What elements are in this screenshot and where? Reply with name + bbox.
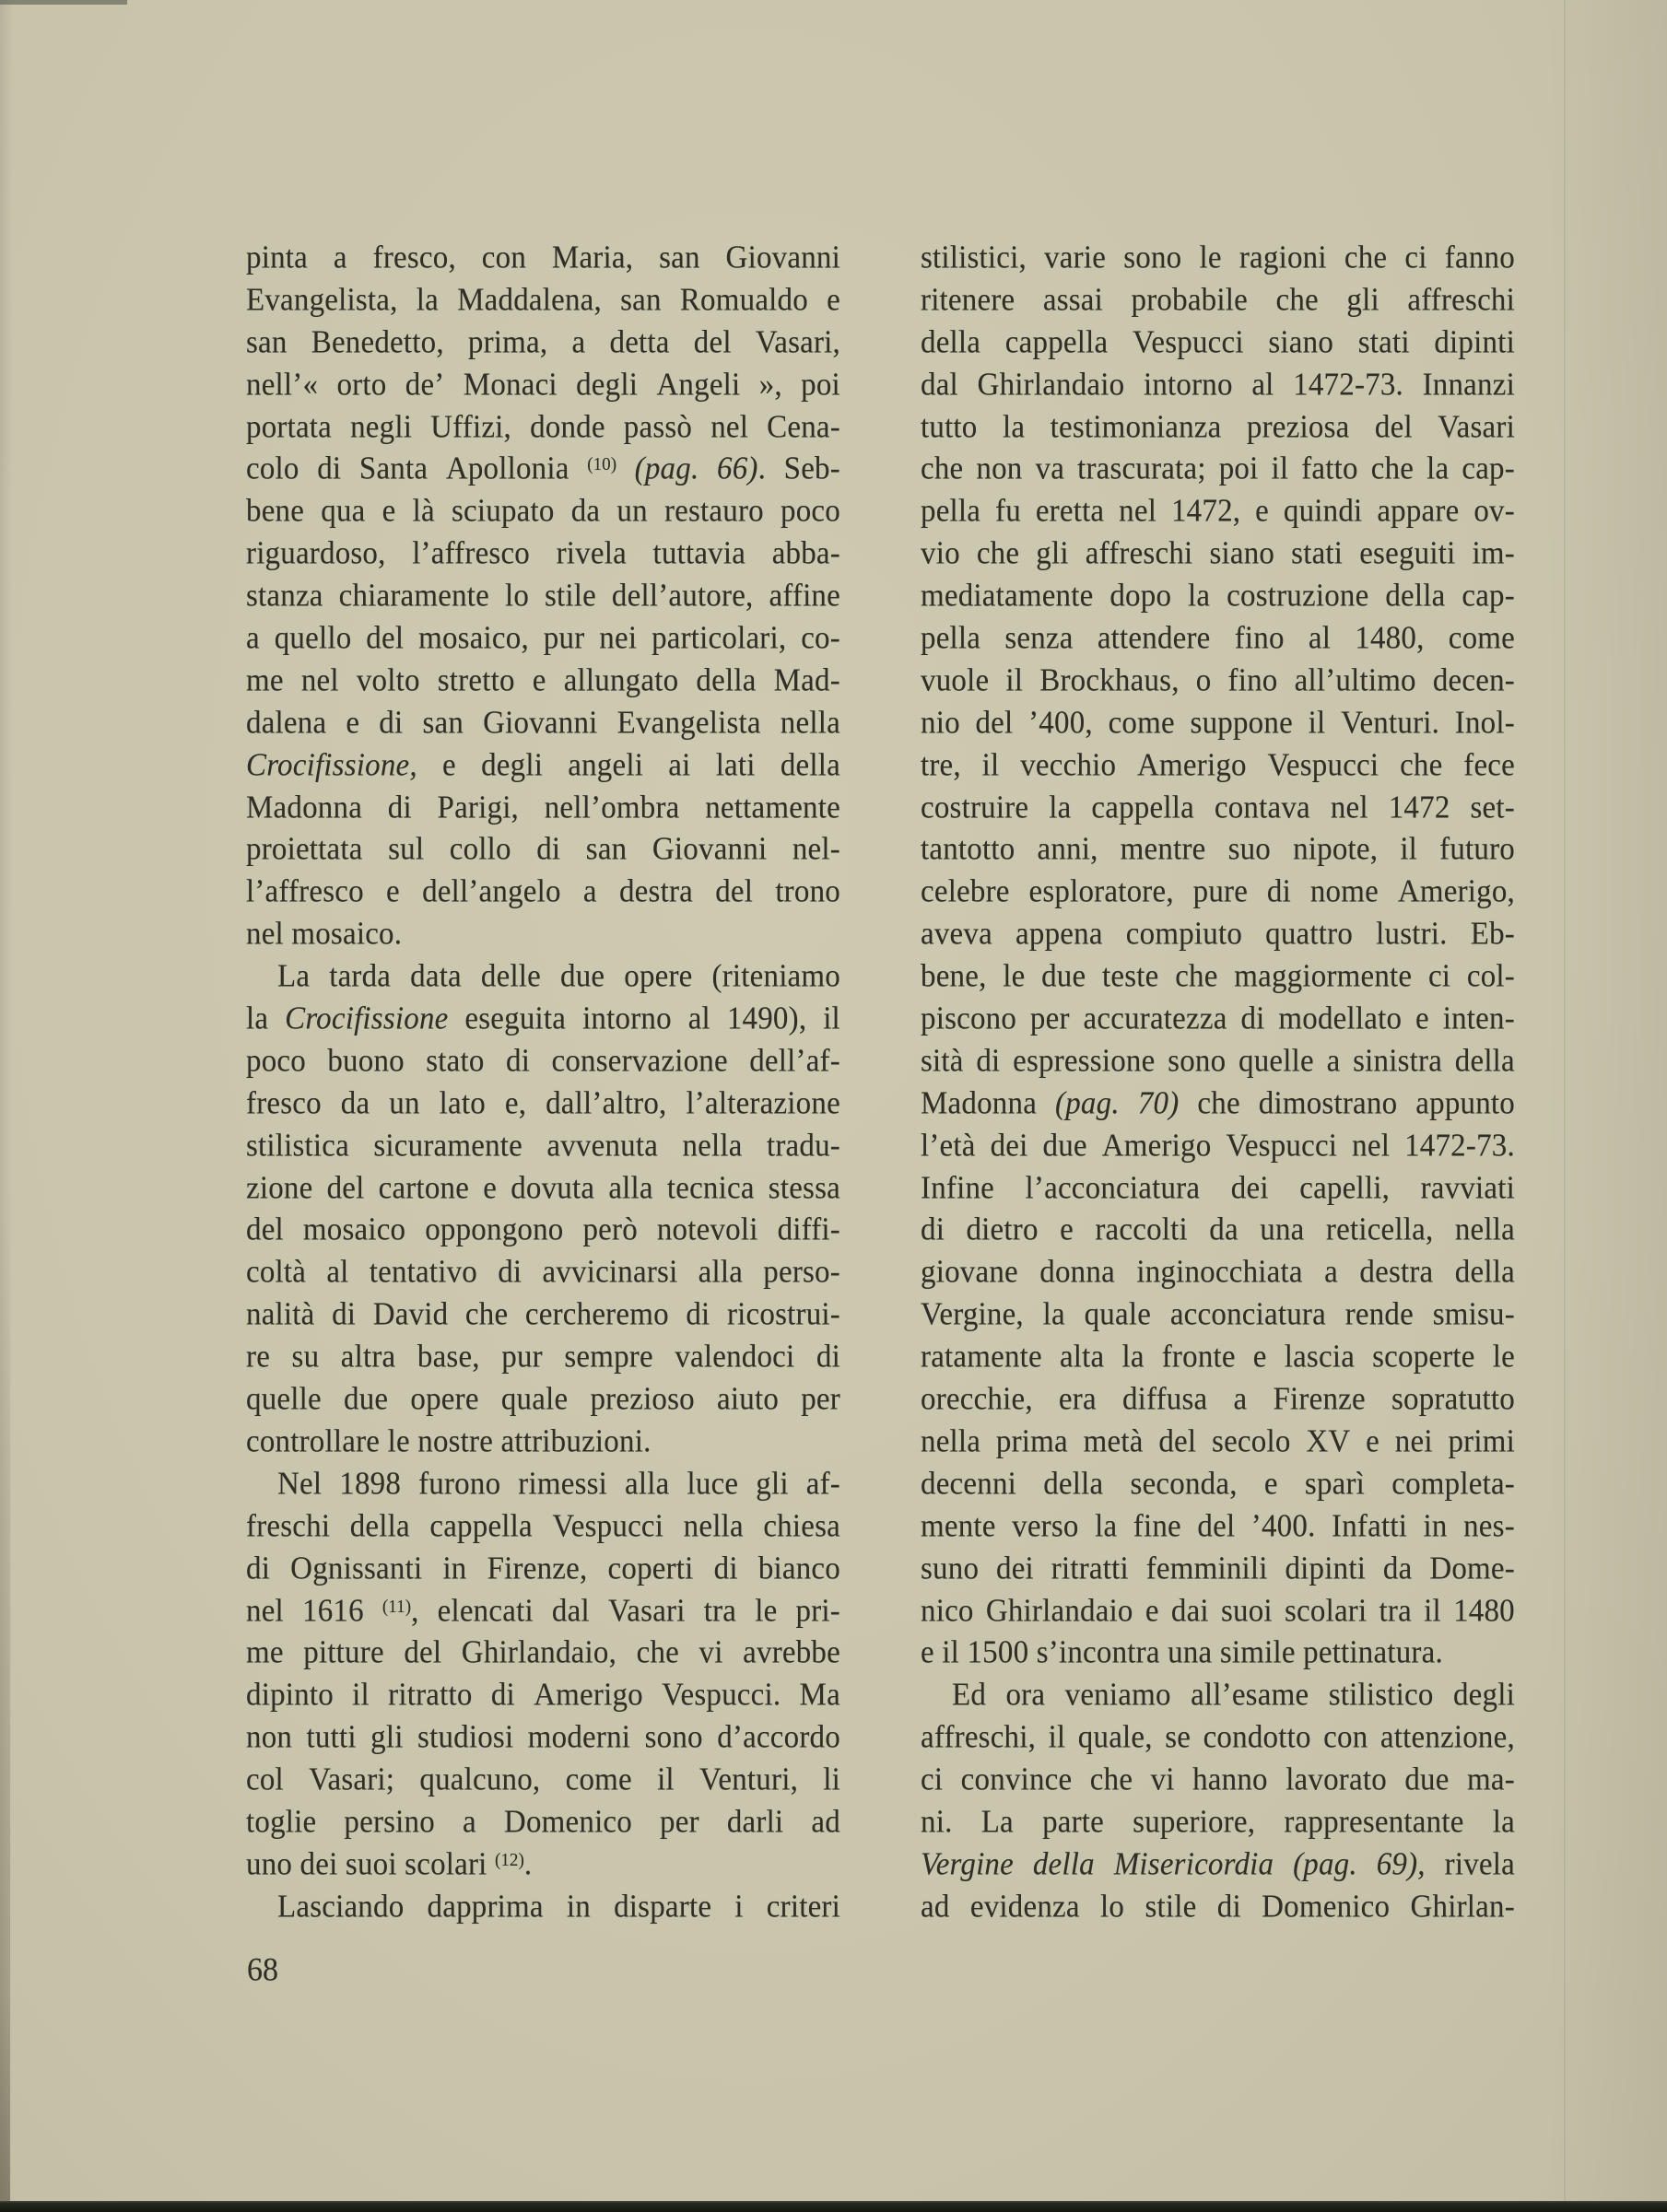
text-line: sitàdiespressionesonoquelleasinistradell… <box>921 1040 1515 1085</box>
text-line: tre,ilvecchioAmerigoVespuccichefece <box>921 743 1515 789</box>
text-line: avevaappenacompiutoquattrolustri.Eb- <box>921 913 1515 958</box>
text-line: giovanedonnainginocchiataadestradella <box>921 1251 1515 1296</box>
text-line: stilistici,variesonoleragionichecifanno <box>921 237 1515 282</box>
text-line: freschidellacappellaVespuccinellachiesa <box>246 1504 840 1550</box>
text-line: laCrocifissioneeseguitaintornoal1490),il <box>246 998 840 1043</box>
scan-edge-strip-bottom <box>0 2201 1667 2212</box>
text-line: sanBenedetto,prima,adettadelVasari, <box>246 321 840 366</box>
scan-edge-shadow-left <box>0 0 10 2212</box>
text-line: nellaprimametàdelsecoloXVeneiprimi <box>921 1421 1515 1466</box>
text-line: Madonna(pag.70)chedimostranoappunto <box>921 1082 1515 1127</box>
text-line: pellafuerettanel1472,equindiappareov- <box>921 490 1515 535</box>
text-line: frescodaunlatoe,dall’altro,l’alterazione <box>246 1082 840 1127</box>
text-line: e il 1500 s’incontra una simile pettinat… <box>921 1632 1515 1677</box>
text-line: decennidellaseconda,esparìcompleta- <box>921 1462 1515 1507</box>
text-line: didietroeraccoltidaunareticella,nella <box>921 1209 1515 1254</box>
text-line: chenonvatrascurata;poiilfattochelacap- <box>921 448 1515 493</box>
text-line: portatanegliUffizi,dondepassònelCena- <box>246 405 840 451</box>
text-line: resualtrabase,pursemprevalendocidi <box>246 1336 840 1381</box>
text-line: adevidenzalostilediDomenicoGhirlan- <box>921 1885 1515 1930</box>
text-line: Evangelista,laMaddalena,sanRomualdoe <box>246 279 840 324</box>
text-line: colVasari;qualcuno,comeilVenturi,li <box>246 1759 840 1804</box>
text-line: niodel’400,comesupponeilVenturi.Inol- <box>921 701 1515 746</box>
text-line: controllare le nostre attribuzioni. <box>246 1421 840 1466</box>
text-line: delmosaicooppongonoperònotevolidiffi- <box>246 1209 840 1254</box>
text-line: uno dei suoi scolari (12). <box>246 1843 840 1888</box>
text-line: coltàaltentativodiavvicinarsiallaperso- <box>246 1251 840 1296</box>
text-line: quelledueoperequalepreziosoaiutoper <box>246 1378 840 1423</box>
text-line: togliepersinoaDomenicoperdarliad <box>246 1801 840 1846</box>
text-line: pisconoperaccuratezzadimodellatoeinten- <box>921 998 1515 1043</box>
text-line: Edoraveniamoall’esamestilisticodegli <box>921 1674 1515 1719</box>
text-column-right: stilistici,variesonoleragionichecifannor… <box>921 238 1515 1929</box>
text-line: ratamentealtalafronteelasciascopertele <box>921 1336 1515 1381</box>
text-line: sunodeiritrattifemminilidipintidaDome- <box>921 1547 1515 1592</box>
page-number: 68 <box>247 1949 278 1993</box>
text-line: l’affrescoedell’angeloadestradeltrono <box>246 871 840 916</box>
paper-crease <box>1564 0 1566 2212</box>
text-line: mediatamentedopolacostruzionedellacap- <box>921 575 1515 620</box>
text-line: menelvoltostrettoeallungatodellaMad- <box>246 660 840 705</box>
text-line: pintaafresco,conMaria,sanGiovanni <box>246 237 840 282</box>
text-line: bene,leduetestechemaggiormentecicol- <box>921 955 1515 1001</box>
text-line: Vergine,laqualeacconciaturarendesmisu- <box>921 1293 1515 1339</box>
text-line: ni.Lapartesuperiore,rappresentantela <box>921 1801 1515 1846</box>
text-line: dipintoilritrattodiAmerigoVespucci.Ma <box>246 1674 840 1719</box>
text-line: l’etàdeidueAmerigoVespuccinel1472-73. <box>921 1124 1515 1169</box>
text-line: celebreesploratore,puredinomeAmerigo, <box>921 871 1515 916</box>
text-line: aquellodelmosaico,purneiparticolari,co- <box>246 617 840 662</box>
text-line: ciconvincechevihannolavoratoduema- <box>921 1759 1515 1804</box>
text-line: benequaelàsciupatodaunrestauropoco <box>246 490 840 535</box>
scan-edge-mark-top-left <box>0 0 127 5</box>
text-line: pocobuonostatodiconservazionedell’af- <box>246 1040 840 1085</box>
text-line: dalGhirlandaiointornoal1472-73.Innanzi <box>921 363 1515 408</box>
text-line: viochegliaffreschisianostatieseguitiim- <box>921 533 1515 578</box>
text-line: vuoleilBrockhaus,ofinoall’ultimodecen- <box>921 660 1515 705</box>
text-line: tantottoanni,mentresuonipote,ilfuturo <box>921 828 1515 873</box>
text-line: nontuttiglistudiosimodernisonod’accordo <box>246 1716 840 1761</box>
text-line: stanzachiaramentelostiledell’autore,affi… <box>246 575 840 620</box>
text-line: pellasenzaattenderefinoal1480,come <box>921 617 1515 662</box>
text-line: nell’«ortode’MonacidegliAngeli»,poi <box>246 363 840 408</box>
text-line: costruirelacappellacontavanel1472set- <box>921 786 1515 831</box>
text-line: VerginedellaMisericordia(pag.69),rivela <box>921 1843 1515 1888</box>
text-line: tuttolatestimonianzapreziosadelVasari <box>921 405 1515 451</box>
text-line: orecchie,eradiffusaaFirenzesopratutto <box>921 1378 1515 1423</box>
text-column-left: pintaafresco,conMaria,sanGiovanniEvangel… <box>246 238 840 1929</box>
text-line: zionedelcartoneedovutaallatecnicastessa <box>246 1166 840 1211</box>
text-line: dellacappellaVespuccisianostatidipinti <box>921 321 1515 366</box>
text-line: Crocifissione,edegliangeliailatidella <box>246 743 840 789</box>
text-line: colodiSantaApollonia(10)(pag.66).Seb- <box>246 448 840 493</box>
text-line: ritenereassaiprobabilechegliaffreschi <box>921 279 1515 324</box>
text-line: nel1616(11),elencatidalVasaritralepri- <box>246 1589 840 1634</box>
text-line: diOgnissantiinFirenze,copertidibianco <box>246 1547 840 1592</box>
text-line: mepitturedelGhirlandaio,cheviavrebbe <box>246 1632 840 1677</box>
text-line: dalenaedisanGiovanniEvangelistanella <box>246 701 840 746</box>
text-line: stilisticasicuramenteavvenutanellatradu- <box>246 1124 840 1169</box>
text-line: menteversolafinedel’400.Infattiinnes- <box>921 1504 1515 1550</box>
text-line: Latardadatadelledueopere(riteniamo <box>246 955 840 1001</box>
text-line: Nel1898furonorimessiallalucegliaf- <box>246 1462 840 1507</box>
text-line: affreschi,ilquale,secondottoconattenzion… <box>921 1716 1515 1761</box>
text-line: Lasciandodapprimaindisparteicriteri <box>246 1885 840 1930</box>
text-line: proiettatasulcollodisanGiovanninel- <box>246 828 840 873</box>
text-line: riguardoso,l’affrescorivelatuttaviaabba- <box>246 533 840 578</box>
text-line: nel mosaico. <box>246 913 840 958</box>
text-line: Infinel’acconciaturadeicapelli,ravviati <box>921 1166 1515 1211</box>
text-line: nalitàdiDavidchecercheremodiricostrui- <box>246 1293 840 1339</box>
text-line: nicoGhirlandaioedaisuoiscolaritrail1480 <box>921 1589 1515 1634</box>
text-line: MadonnadiParigi,nell’ombranettamente <box>246 786 840 831</box>
